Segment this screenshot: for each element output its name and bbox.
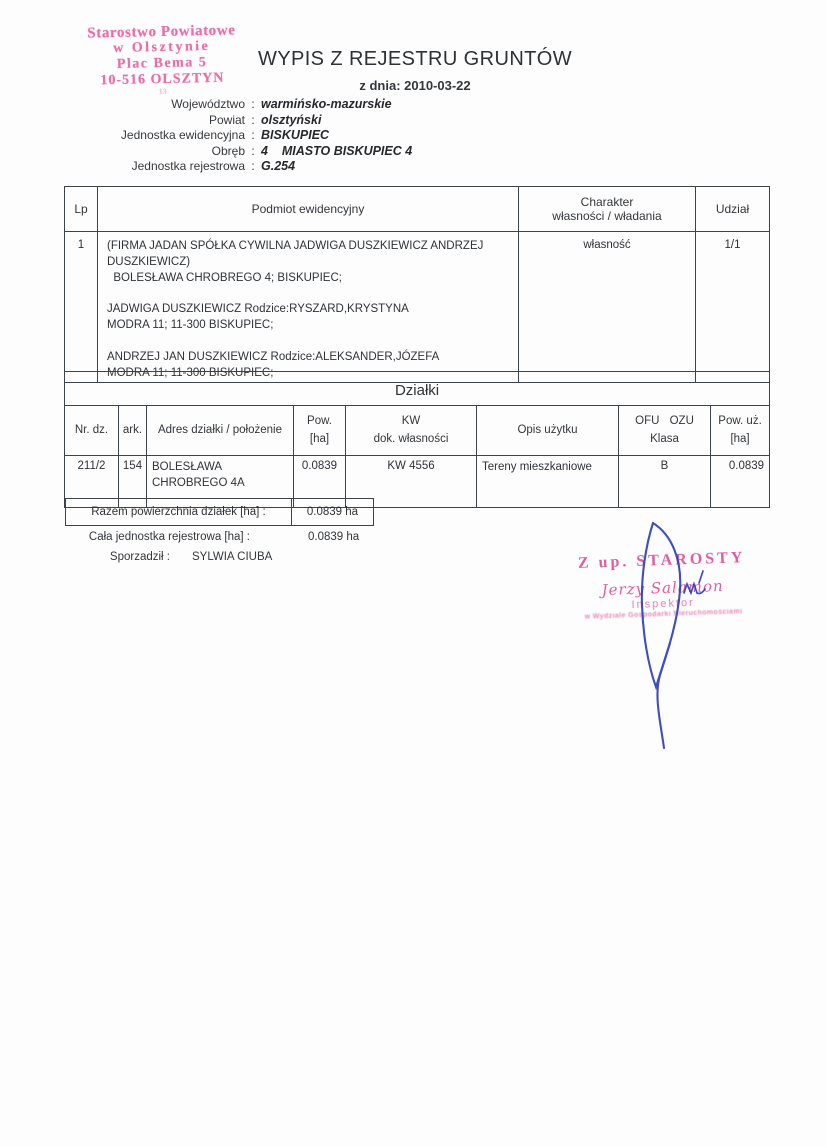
col-header-pow: Pow. [ha] <box>294 406 346 456</box>
parcels-section-row: Działki <box>65 372 770 406</box>
whole-unit-row: Cała jednostka rejestrowa [ha] : 0.0839 … <box>60 531 359 543</box>
whole-unit-label: Cała jednostka rejestrowa [ha] : <box>60 531 250 543</box>
meta-row-jednostka-rejestrowa: Jednostka rejestrowa : G.254 <box>60 159 412 175</box>
whole-unit-value: 0.0839 ha <box>308 531 359 543</box>
parcels-header-row: Nr. dz. ark. Adres działki / położenie P… <box>65 406 770 456</box>
col-header-ofu-ozu-klasa: OFU OZU Klasa <box>619 406 711 456</box>
meta-colon: : <box>245 113 261 127</box>
meta-row-obreb: Obręb : 4 MIASTO BISKUPIEC 4 <box>60 144 412 160</box>
col-header-ark: ark. <box>119 406 147 456</box>
totals-row: Razem powierzchnia działek [ha] : 0.0839… <box>65 498 374 526</box>
signature-loop-right <box>653 523 680 748</box>
meta-value: G.254 <box>261 159 295 173</box>
meta-colon: : <box>245 128 261 142</box>
meta-colon: : <box>245 144 261 158</box>
meta-value: olsztyński <box>261 113 321 127</box>
page-title: WYPIS Z REJESTRU GRUNTÓW <box>215 48 615 71</box>
owners-header-row: Lp Podmiot ewidencyjny Charakter własnoś… <box>65 187 770 232</box>
col-header-udzial: Udział <box>696 187 770 232</box>
signature-tick <box>699 571 703 583</box>
col-header-charakter: Charakter własności / władania <box>519 187 696 232</box>
parcels-table: Działki Nr. dz. ark. Adres działki / poł… <box>64 371 770 508</box>
meta-row-jednostka-ewidencyjna: Jednostka ewidencyjna : BISKUPIEC <box>60 128 412 144</box>
col-header-pow-uz: Pow. uż. [ha] <box>711 406 770 456</box>
col-header-nr-dz: Nr. dz. <box>65 406 119 456</box>
meta-label: Jednostka ewidencyjna <box>60 128 245 142</box>
col-header-kw: KW dok. własności <box>346 406 477 456</box>
meta-colon: : <box>245 159 261 173</box>
owners-table: Lp Podmiot ewidencyjny Charakter własnoś… <box>64 186 770 383</box>
handwritten-signature <box>610 515 720 760</box>
meta-label: Powiat <box>60 113 245 127</box>
col-header-lp: Lp <box>65 187 98 232</box>
col-header-adres: Adres działki / położenie <box>147 406 294 456</box>
meta-value: 4 MIASTO BISKUPIEC 4 <box>261 144 412 158</box>
title-block: WYPIS Z REJESTRU GRUNTÓW z dnia: 2010-03… <box>215 48 615 93</box>
cell-charakter: własność <box>519 232 696 383</box>
totals-value: 0.0839 ha <box>292 498 374 526</box>
meta-row-wojewodztwo: Województwo : warmińsko-mazurskie <box>60 97 412 113</box>
meta-fields: Województwo : warmińsko-mazurskie Powiat… <box>60 97 412 175</box>
col-header-podmiot: Podmiot ewidencyjny <box>98 187 519 232</box>
prepared-by-value: SYLWIA CIUBA <box>192 551 272 563</box>
cell-opis: Tereny mieszkaniowe <box>477 456 619 508</box>
meta-row-powiat: Powiat : olsztyński <box>60 113 412 129</box>
meta-label: Województwo <box>60 97 245 111</box>
prepared-by-row: Sporzadził : SYLWIA CIUBA <box>60 551 272 563</box>
cell-udzial: 1/1 <box>696 232 770 383</box>
signature-loop-left <box>642 523 670 687</box>
signature-squiggle <box>684 584 705 594</box>
section-title: Działki <box>65 372 770 406</box>
meta-value: warmińsko-mazurskie <box>261 97 392 111</box>
col-header-opis: Opis użytku <box>477 406 619 456</box>
meta-value: BISKUPIEC <box>261 128 329 142</box>
document-page: Starostwo Powiatowe w Olsztynie Plac Bem… <box>0 0 827 1146</box>
prepared-by-label: Sporzadził : <box>60 551 170 563</box>
table-row: 1 (FIRMA JADAN SPÓŁKA CYWILNA JADWIGA DU… <box>65 232 770 383</box>
cell-pow-uz: 0.0839 <box>711 456 770 508</box>
meta-label: Obręb <box>60 144 245 158</box>
totals-label: Razem powierzchnia działek [ha] : <box>65 498 292 526</box>
document-date: z dnia: 2010-03-22 <box>215 78 615 93</box>
cell-lp: 1 <box>65 232 98 383</box>
cell-ofu-ozu-klasa: B <box>619 456 711 508</box>
meta-colon: : <box>245 97 261 111</box>
cell-podmiot: (FIRMA JADAN SPÓŁKA CYWILNA JADWIGA DUSZ… <box>98 232 519 383</box>
meta-label: Jednostka rejestrowa <box>60 159 245 173</box>
